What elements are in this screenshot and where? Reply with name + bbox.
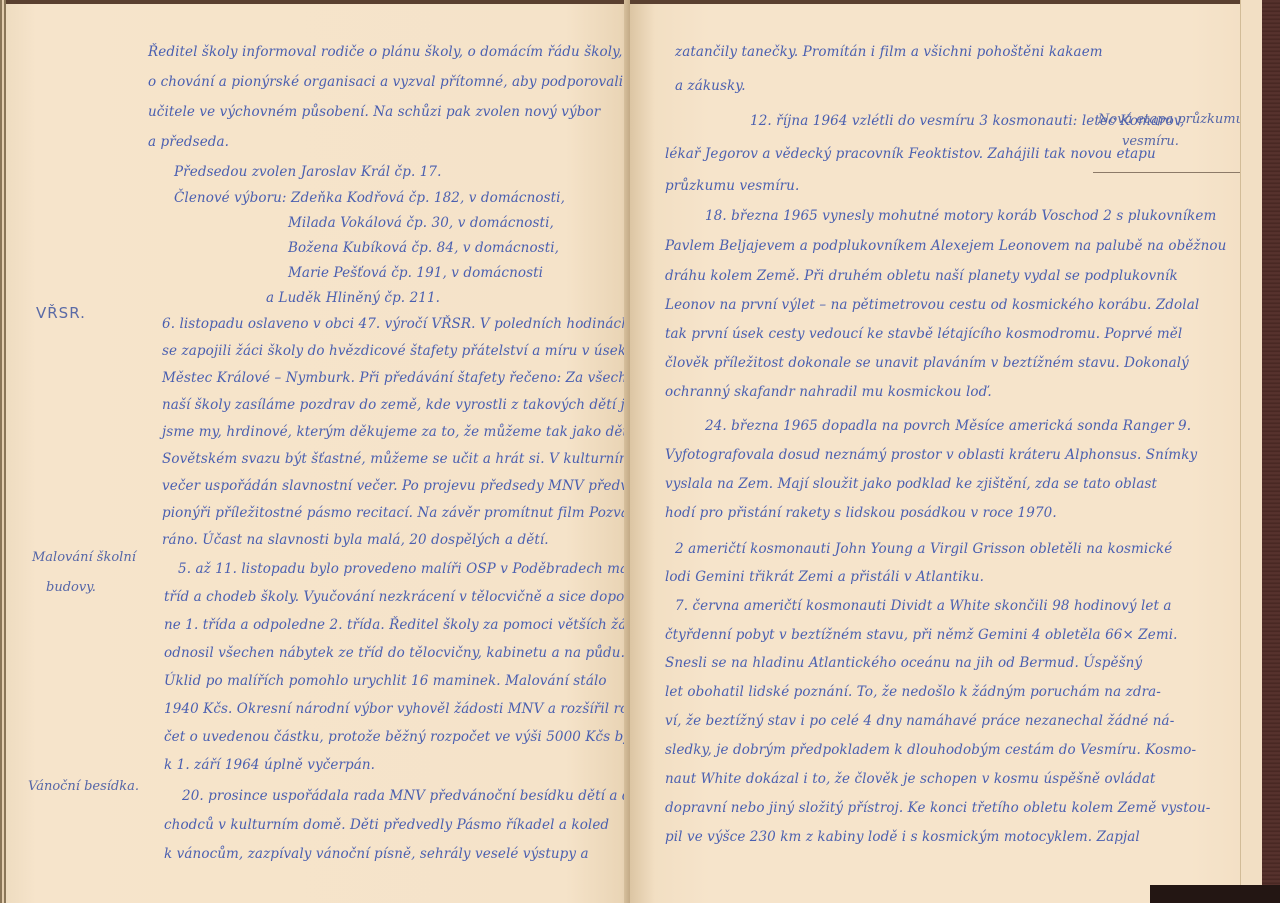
- text-line: sledky, je dobrým předpokladem k dlouhod…: [665, 744, 1196, 758]
- text-line: chodců v kulturním domě. Děti předvedly …: [164, 819, 609, 833]
- text-line: dopravní nebo jiný složitý přístroj. Ke …: [665, 802, 1210, 816]
- text-line: ráno. Účast na slavnosti byla malá, 20 d…: [162, 534, 549, 548]
- text-line: 7. června američtí kosmonauti Dividt a W…: [675, 600, 1172, 614]
- text-line: Marie Pešťová čp. 191, v domácnosti: [288, 267, 543, 281]
- book-cover-edge: [1262, 0, 1280, 903]
- open-book: VŘSR. Malování školní budovy. Vánoční be…: [0, 0, 1280, 903]
- text-line: 2 američtí kosmonauti John Young a Virgi…: [675, 543, 1172, 557]
- table-shadow: [1150, 885, 1280, 903]
- text-line: pil ve výšce 230 km z kabiny lodě i s ko…: [665, 831, 1140, 845]
- text-line: Pavlem Beljajevem a podplukovníkem Alexe…: [665, 240, 1226, 254]
- text-line: k vánocům, zazpívaly vánoční písně, sehr…: [164, 848, 589, 862]
- text-line: dráhu kolem Země. Při druhém obletu naší…: [665, 270, 1178, 284]
- text-line: odnosil všechen nábytek ze tříd do těloc…: [164, 647, 625, 661]
- text-line: 24. března 1965 dopadla na povrch Měsíce…: [705, 420, 1191, 434]
- text-line: Členové výboru: Zdeňka Kodřová čp. 182, …: [174, 192, 565, 206]
- text-line: průzkumu vesmíru.: [665, 180, 799, 194]
- text-line: Předsedou zvolen Jaroslav Král čp. 17.: [174, 166, 442, 180]
- text-line: jsme my, hrdinové, kterým děkujeme za to…: [162, 426, 645, 440]
- margin-note-underline: [1093, 172, 1240, 173]
- text-line: Úklid po malířích pomohlo urychlit 16 ma…: [164, 675, 607, 689]
- text-line: člověk příležitost dokonale se unavit pl…: [665, 357, 1189, 371]
- text-line: a Luděk Hliněný čp. 211.: [266, 292, 440, 306]
- text-line: ví, že beztížný stav i po celé 4 dny nam…: [665, 715, 1174, 729]
- text-line: tříd a chodeb školy. Vyučování nezkrácen…: [164, 591, 650, 605]
- text-line: večer uspořádán slavnostní večer. Po pro…: [162, 480, 658, 494]
- text-line: 6. listopadu oslaveno v obci 47. výročí …: [162, 318, 630, 332]
- text-line: a předseda.: [148, 136, 229, 150]
- text-line: Městec Králové – Nymburk. Při předávání …: [162, 372, 700, 386]
- page-stack-edge: [1240, 0, 1264, 885]
- text-line: hodí pro přistání rakety s lidskou posád…: [665, 507, 1057, 521]
- margin-note-vanocni-besidka: Vánoční besídka.: [28, 779, 139, 794]
- text-line: 5. až 11. listopadu bylo provedeno malíř…: [178, 563, 670, 577]
- margin-note-vesmiru: vesmíru.: [1122, 134, 1179, 149]
- text-line: lodi Gemini třikrát Zemi a přistáli v At…: [665, 571, 984, 585]
- margin-note-malovani: Malování školní: [32, 550, 136, 565]
- text-line: Snesli se na hladinu Atlantického oceánu…: [665, 657, 1142, 671]
- text-line: čet o uvedenou částku, protože běžný roz…: [164, 731, 656, 745]
- text-line: Leonov na první výlet – na pětimetrovou …: [665, 299, 1199, 313]
- text-line: se zapojili žáci školy do hvězdicové šta…: [162, 345, 635, 359]
- text-line: 18. března 1965 vynesly mohutné motory k…: [705, 210, 1216, 224]
- text-line: Ředitel školy informoval rodiče o plánu …: [148, 46, 623, 60]
- text-line: zatančily tanečky. Promítán i film a vši…: [675, 46, 1103, 60]
- text-line: naší školy zasíláme pozdrav do země, kde…: [162, 399, 650, 413]
- margin-note-budovy: budovy.: [46, 580, 96, 595]
- right-page: zatančily tanečky. Promítán i film a vši…: [630, 0, 1240, 903]
- text-line: 20. prosince uspořádala rada MNV předván…: [182, 790, 644, 804]
- text-line: let obohatil lidské poznání. To, že nedo…: [665, 686, 1161, 700]
- margin-note-nova-etapa: Nová etapa průzkumu: [1098, 112, 1244, 127]
- text-line: čtyřdenní pobyt v beztížném stavu, při n…: [665, 629, 1178, 643]
- text-line: tak první úsek cesty vedoucí ke stavbě l…: [665, 328, 1182, 342]
- text-line: učitele ve výchovném působení. Na schůzi…: [148, 106, 600, 120]
- left-page: VŘSR. Malování školní budovy. Vánoční be…: [0, 0, 630, 903]
- text-line: 1940 Kčs. Okresní národní výbor vyhověl …: [164, 703, 657, 717]
- text-line: Milada Vokálová čp. 30, v domácnosti,: [288, 217, 554, 231]
- text-line: o chování a pionýrské organisaci a vyzva…: [148, 76, 623, 90]
- text-line: Vyfotografovala dosud neznámý prostor v …: [665, 449, 1197, 463]
- text-line: k 1. září 1964 úplně vyčerpán.: [164, 759, 375, 773]
- text-line: pionýři příležitostné pásmo recitací. Na…: [162, 507, 642, 521]
- text-line: Božena Kubíková čp. 84, v domácnosti,: [288, 242, 559, 256]
- text-line: a zákusky.: [675, 80, 746, 94]
- text-line: Sovětském svazu být šťastné, můžeme se u…: [162, 453, 674, 467]
- text-line: ne 1. třída a odpoledne 2. třída. Ředite…: [164, 619, 644, 633]
- text-line: vyslala na Zem. Mají sloužit jako podkla…: [665, 478, 1157, 492]
- text-line: lékař Jegorov a vědecký pracovník Feokti…: [665, 148, 1156, 162]
- text-line: naut White dokázal i to, že člověk je sc…: [665, 773, 1155, 787]
- text-line: ochranný skafandr nahradil mu kosmickou …: [665, 386, 992, 400]
- margin-note-vrsr: VŘSR.: [36, 304, 86, 322]
